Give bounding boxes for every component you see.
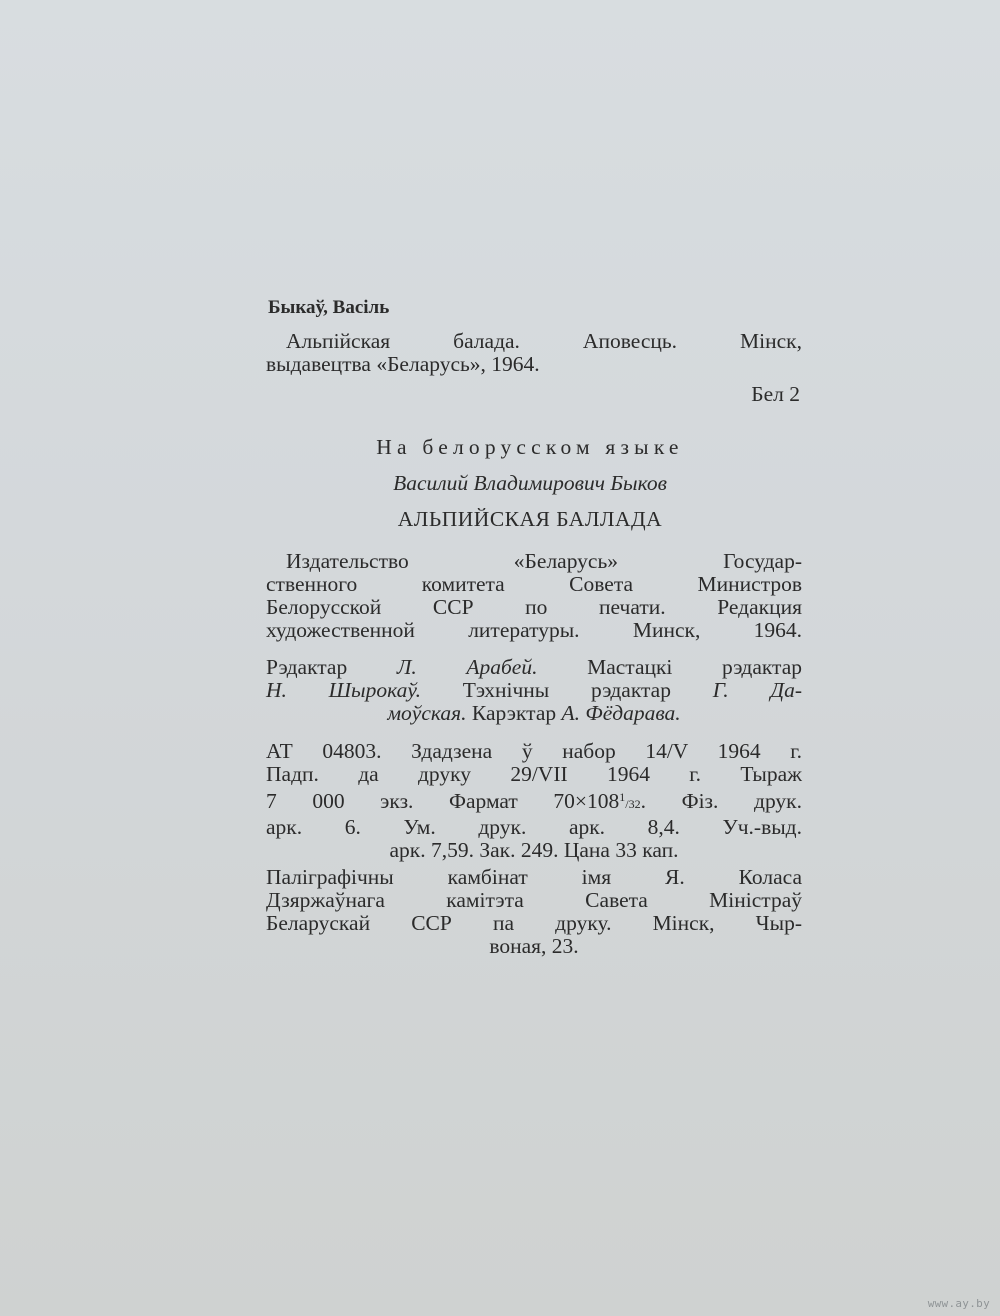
print-info-line: Падп. да друку 29/VII 1964 г. Тыраж [266,763,802,786]
language-note: На белорусском языке [250,436,810,459]
catalog-description-line: Альпійская балада. Аповесць. Мінск, [266,330,802,353]
printer-line: Паліграфічны камбінат імя Я. Коласа [266,866,802,889]
print-info: АТ 04803. Здадзена ў набор 14/V 1964 г. … [266,740,802,862]
print-info-line: 7 000 экз. Фармат 70×1081/32. Фіз. друк. [266,786,802,816]
catalog-author: Быкаў, Васіль [268,296,804,319]
book-title: АЛЬПИЙСКАЯ БАЛЛАДА [250,508,810,531]
catalog-description: Альпійская балада. Аповесць. Мінск, выда… [266,330,802,376]
catalog-author-text: Быкаў, Васіль [268,297,389,318]
editors-line: Рэдактар Л. Арабей. Мастацкі рэдактар [266,656,802,679]
site-watermark: www.ay.by [928,1297,990,1310]
catalog-code-text: Бел 2 [751,382,800,406]
format-text-post: . Фіз. друк. [641,789,802,813]
publisher-line: ственного комитета Совета Министров [266,573,802,596]
printer-info: Паліграфічны камбінат імя Я. Коласа Дзяр… [266,866,802,958]
tech-editor-name-cont: моўская. [387,701,466,725]
book-title-text: АЛЬПИЙСКАЯ БАЛЛАДА [398,507,662,531]
printer-line: Беларускай ССР па друку. Мінск, Чыр- [266,912,802,935]
format-fraction-den: /32 [625,797,640,811]
catalog-code: Бел 2 [700,383,800,406]
publisher-line: художественной литературы. Минск, 1964. [266,619,802,642]
editors-line: Н. Шырокаў. Тэхнічны рэдактар Г. Да- [266,679,802,702]
book-imprint-page: Быкаў, Васіль Альпійская балада. Аповесц… [0,0,1000,1316]
publisher-info: Издательство «Беларусь» Государ- ственно… [266,550,802,642]
tech-editor-label: Тэхнічны рэдактар [463,678,671,702]
print-info-line: арк. 6. Ум. друк. арк. 8,4. Уч.-выд. [266,816,802,839]
print-info-line: АТ 04803. Здадзена ў набор 14/V 1964 г. [266,740,802,763]
printer-line: Дзяржаўнага камітэта Савета Міністраў [266,889,802,912]
format-text: 7 000 экз. Фармат 70×108 [266,789,619,813]
printer-line: воная, 23. [266,935,802,958]
proofreader-name: А. Фёдарава. [562,701,681,725]
print-info-line: арк. 7,59. Зак. 249. Цана 33 кап. [266,839,802,862]
author-full-name-text: Василий Владимирович Быков [393,471,667,495]
tech-editor-name: Г. Да- [713,678,802,702]
art-editor-label: Мастацкі рэдактар [587,655,802,679]
publisher-line: Белорусской ССР по печати. Редакция [266,596,802,619]
art-editor-name: Н. Шырокаў. [266,678,421,702]
editors-info: Рэдактар Л. Арабей. Мастацкі рэдактар Н.… [266,656,802,725]
proofreader-label: Карэктар [472,701,556,725]
language-note-text: На белорусском языке [376,435,683,459]
catalog-description-line: выдавецтва «Беларусь», 1964. [266,353,802,376]
publisher-line: Издательство «Беларусь» Государ- [266,550,802,573]
editor-name: Л. Арабей. [397,655,538,679]
editors-line: моўская. Карэктар А. Фёдарава. [266,702,802,725]
author-full-name: Василий Владимирович Быков [250,472,810,495]
editor-label: Рэдактар [266,655,347,679]
